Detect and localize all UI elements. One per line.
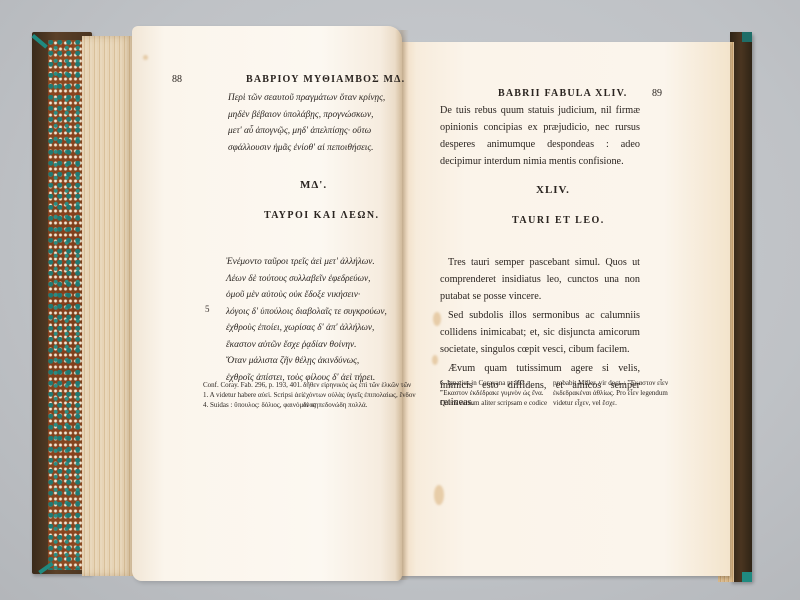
left-fable-number: ΜΔ'. bbox=[300, 179, 327, 191]
left-fable-verse: Ἐνέμοντο ταῦροι τρεῖς ἀεὶ μετ' ἀλλήλων. … bbox=[226, 254, 387, 386]
foxing-stain bbox=[434, 485, 444, 505]
line-number-marker: 5 bbox=[205, 304, 210, 314]
marbled-endpaper bbox=[48, 40, 83, 570]
footnote-line: Quem versum aliter scripsam e codice bbox=[440, 398, 547, 408]
verse-line: ὁμοῦ μὲν αὐτοὺς οὐκ ἔδοξε νικήσειν· bbox=[226, 287, 387, 304]
footnote-line: ἐκδεδρακέναι ἀθλίως. Pro εἶεν legendum bbox=[553, 388, 668, 398]
left-fable-title: ΤΑΥΡΟΙ ΚΑΙ ΛΕΩΝ. bbox=[264, 210, 380, 221]
left-page-edges bbox=[82, 36, 134, 576]
footnote-line: δῆθεν εἰρηνικὸς ὡς ἐπὶ τῶν ἑλκῶν τῶν bbox=[303, 380, 416, 390]
footnote-line: 4. Suidas : ὕπουλος: δόλιος, φαινόμενος bbox=[203, 400, 316, 410]
right-continuation: De tuis rebus quum statuis judicium, nil… bbox=[440, 102, 640, 170]
verse-line: λόγοις δ' ὑπούλοις διαβολαῖς τε συγκρούω… bbox=[226, 304, 387, 321]
right-fable-title: TAURI ET LEO. bbox=[512, 215, 605, 226]
right-running-head: BABRII FABULA XLIV. bbox=[498, 88, 627, 99]
continuation-line: μηδὲν βέβαιον ὑπολάβῃς, προγνώσκων, bbox=[228, 107, 385, 124]
footnote-line: 6. Ignatius in Corayana p. 193 : bbox=[440, 378, 547, 388]
left-continuation: Περὶ τῶν σεαυτοῦ πραγμάτων ὅταν κρίνῃς, … bbox=[228, 90, 385, 156]
footnote-line: ἐχόντων οὐλὰς ὑγιεῖς ἐπιπολαίως, ἔνδον bbox=[303, 390, 416, 400]
foxing-stain bbox=[143, 55, 148, 60]
left-footnotes-col1: Conf. Coray. Fab. 296, p. 193, 401. 1. A… bbox=[203, 380, 316, 410]
gutter-shadow bbox=[395, 30, 409, 580]
verse-line: Ὅταν μάλιστα ζῆν θέλῃς ἀκινδύνως, bbox=[226, 353, 387, 370]
footnote-line: 'Ἕκαστον ἐκδέδρακε γυμνὸν ὡς ἔνα. bbox=[440, 388, 547, 398]
footnote-line: probabit Miller. vir doct. : 'Ἕκαστον εἶ… bbox=[553, 378, 668, 388]
foxing-stain bbox=[432, 355, 438, 365]
footnote-line: videtur εἶχεν, vel ἔσχε. bbox=[553, 398, 668, 408]
prose-paragraph: Tres tauri semper pascebant simul. Quos … bbox=[440, 254, 640, 305]
right-footnotes-col2: probabit Miller. vir doct. : 'Ἕκαστον εἶ… bbox=[553, 378, 668, 408]
open-book: 88 ΒΑΒΡΙΟΥ ΜΥΘΙΑΜΒΟΣ ΜΔ. Περὶ τῶν σεαυτο… bbox=[0, 0, 800, 600]
left-footnotes-col2: δῆθεν εἰρηνικὸς ὡς ἐπὶ τῶν ἑλκῶν τῶν ἐχό… bbox=[303, 380, 416, 410]
footnote-line: Conf. Coray. Fab. 296, p. 193, 401. bbox=[203, 380, 316, 390]
right-fable-number: XLIV. bbox=[536, 184, 570, 196]
verse-line: Ἐνέμοντο ταῦροι τρεῖς ἀεὶ μετ' ἀλλήλων. bbox=[226, 254, 387, 271]
continuation-line: μετ' αὖ ἀπογνῷς, μηδ' ἀπελπίσῃς· οὕτω bbox=[228, 123, 385, 140]
verse-line: Λέων δὲ τούτους συλλαβεῖν ἐφεδρεύων, bbox=[226, 271, 387, 288]
verse-line: ἐχθροὺς ἐποίει, χωρίσας δ' ἀπ' ἀλλήλων, bbox=[226, 320, 387, 337]
footnote-line: 1. A videtur habere αὐεὶ. Scripsi ἀεί. bbox=[203, 390, 316, 400]
left-running-head: ΒΑΒΡΙΟΥ ΜΥΘΙΑΜΒΟΣ ΜΔ. bbox=[246, 74, 405, 85]
prose-paragraph: Sed subdolis illos sermonibus ac calumni… bbox=[440, 307, 640, 358]
continuation-line: Περὶ τῶν σεαυτοῦ πραγμάτων ὅταν κρίνῃς, bbox=[228, 90, 385, 107]
right-page-number: 89 bbox=[652, 88, 662, 99]
left-page-number: 88 bbox=[172, 74, 182, 85]
right-footnotes-col1: 6. Ignatius in Corayana p. 193 : 'Ἕκαστο… bbox=[440, 378, 547, 408]
verse-line: ἕκαστον αὐτῶν ἔσχε ῥᾳδίαν θοίνην. bbox=[226, 337, 387, 354]
continuation-line: σφάλλουσιν ἡμᾶς ἐνίοθ' αἱ πεποιθήσεις. bbox=[228, 140, 385, 157]
footnote-line: δὲ σηπεδονώδη πολλά. bbox=[303, 400, 416, 410]
